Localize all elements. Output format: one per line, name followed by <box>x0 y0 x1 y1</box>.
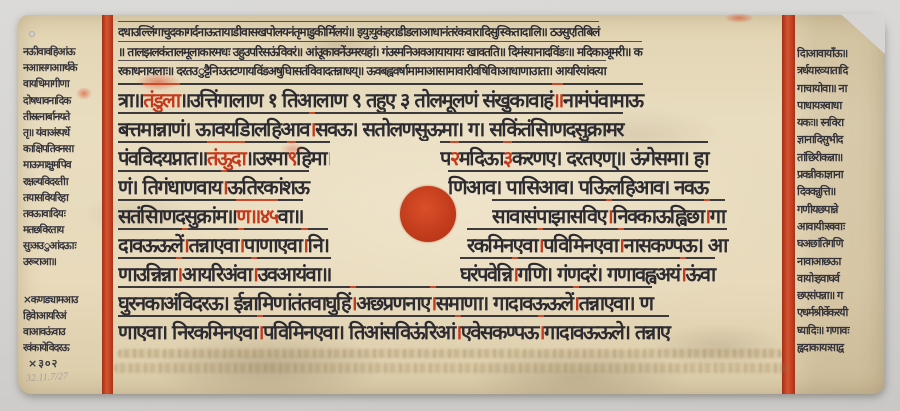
text-segment: ॥उत्तिंगालाण १ तिआलाण ९ तहुए ३ तोलमूलणं … <box>180 83 553 112</box>
text-segment: रकाधनायलाः॥ दरतउुट्टैनिःउतटणायविंडअषुघिा… <box>118 60 606 80</box>
text-segment: तन्नाएवा। ण <box>579 286 653 315</box>
text-segment: रक्षल्यविदरतीा <box>23 175 68 188</box>
margin-gloss-line: वायोःहवाघर्व <box>797 271 882 288</box>
text-segment: सावासंपाझासविए <box>492 199 606 228</box>
text-segment: उवआयंवा॥ <box>257 257 330 286</box>
manuscript-leaf: नऊीवावहिआंऊनआासगआार्थकेवायधिमागीणादोषधाव… <box>18 15 884 394</box>
text-segment: एधर्मश्रीर्वेकरयी <box>797 305 847 319</box>
small-script-line: रकाधनायलाः॥ दरतउुट्टैनिःउतटणायविंडअषुघिा… <box>118 60 782 80</box>
text-segment: गा <box>710 199 725 228</box>
text-segment: छएसंपन्ना॥ ग <box>797 288 842 302</box>
text-segment: ॥ तालझलकंतालमूलाकारमधः उहुउपरिसऊंविवरं॥ … <box>118 41 642 61</box>
text-segment: हिमा। <box>296 141 330 170</box>
text-segment: तवऊावादियः <box>23 207 65 220</box>
margin-gloss-line: नावाआछऊा <box>797 254 882 271</box>
margin-gloss-line: गणीयछपान्ने <box>797 202 882 219</box>
text-segment: दधाउल्लिंगाचुदकागर्दनाऊतायाडीवासखपोलयनंत… <box>118 21 599 41</box>
text-segment: वायधिमागीणा <box>23 77 69 90</box>
text-segment: नऊीवावहिआंऊ <box>23 45 74 58</box>
text-segment: माऊमाक्षुमपिव <box>23 158 71 171</box>
margin-gloss-line: ज्ञानादिसुभीद <box>797 132 882 149</box>
text-segment: ऊतिरकांशऊ <box>227 170 308 199</box>
text-segment: पविमिनएवा <box>543 228 617 257</box>
rubricated-text: ३ <box>503 141 512 170</box>
rubricated-text: तंऊुदा <box>207 141 245 170</box>
red-medallion <box>400 186 456 242</box>
text-segment: आवायीःस्ववाः <box>797 219 844 233</box>
text-segment: सुःअउुआंदऊाः <box>23 239 76 252</box>
text-segment: गादावऊऊले। तन्नाए <box>544 315 669 344</box>
text-segment: गणीयछपान्ने <box>797 202 837 216</box>
text-segment: रकमिनएवा <box>467 228 537 257</box>
margin-gloss-line: पाधायःस्वाधा <box>797 98 882 115</box>
text-segment: त्रा॥ <box>118 83 143 112</box>
text-segment: णाउन्निन्ना <box>118 257 176 286</box>
text-segment: घरंपवेन्नि <box>460 257 512 286</box>
right-margin-column: दिाआवायाँऊ॥त्रर्धयारव्यातादिगाचायोवा॥ ना… <box>797 46 882 357</box>
text-gap-around-medallion <box>330 141 440 170</box>
main-text-block: दधाउल्लिंगाचुदकागर्दनाऊतायाडीवासखपोलयनंत… <box>118 21 782 344</box>
margin-gloss-line: त्रर्धयारव्यातादि <box>797 63 882 80</box>
rubricated-text: तंडुला <box>143 83 179 112</box>
margin-gloss-line: नऊीवावहिआंऊ <box>23 45 105 61</box>
text-segment: तृ॥ यंवाअंस्पर्धे <box>23 126 69 139</box>
text-segment: तांछिरीकन्ना॥ <box>797 150 842 164</box>
text-segment: उरूराआ॥ <box>23 255 56 268</box>
margin-gloss-line: तीस्रत्नार्बानयते <box>23 110 105 126</box>
manuscript-line: पंवविदयप्नात॥तंऊुदा॥उस्मा९हिमा।प२मदिऊा३क… <box>118 141 782 170</box>
margin-gloss-line: दिववन्नुत्ति॥ <box>797 184 882 201</box>
text-segment: तयासवियरिहा <box>23 191 68 204</box>
text-segment: यकः॥ स्नविरा <box>797 115 843 129</box>
text-segment: दिाआवायाँऊ॥ <box>797 46 847 60</box>
text-segment: पंवविदयप्नात॥ <box>118 141 207 170</box>
text-segment: मदिऊा <box>459 141 503 170</box>
margin-gloss-line: हिवेाआयरिअं <box>23 309 105 325</box>
text-segment: समाणा। गादावऊऊलें <box>436 286 573 315</box>
margin-gloss-line: मतछविरताय <box>23 223 105 239</box>
margin-gloss-line: रवंकायेविदरऊ <box>23 341 105 357</box>
manuscript-line: त्रा॥तंडुला॥उत्तिंगालाण १ तिआलाण ९ तहुए … <box>118 83 782 112</box>
margin-gloss-line: तृ॥ यंवाअंस्पर्धे <box>23 126 105 142</box>
text-segment: दिववन्नुत्ति॥ <box>797 184 835 198</box>
text-segment: णाएवा। निरकमिनएवा <box>118 315 257 344</box>
margin-gloss-line: तांछिरीकन्ना॥ <box>797 150 882 167</box>
text-segment: सवऊ। सतोलणसुऊमा। ग। सकिंतंसिाणदसुक्रामर <box>315 112 623 141</box>
manuscript-line: णाएवा। निरकमिनएवा।पविमिनएवा। तिआंसविऊंरि… <box>118 315 782 344</box>
margin-gloss-line: तवऊावादियः <box>23 207 105 223</box>
rubricated-text: २ <box>450 141 459 170</box>
text-segment: बत्तमान्नाणं। ऊावयडिालहिआव <box>118 112 309 141</box>
text-segment: नआासगआार्थके <box>23 61 77 74</box>
text-segment: काक्षिपतिवनसा <box>23 142 73 155</box>
text-segment: ×कणड्यामआउ <box>23 293 77 306</box>
text-segment: ऊंवा <box>686 257 715 286</box>
text-segment: नि। <box>308 228 329 257</box>
text-segment: नासकण्पऊ। आ <box>624 228 727 257</box>
margin-gloss-line: ह्वदाकायःसाद्व <box>797 340 882 357</box>
text-segment: निक्काऊह्विछा <box>612 199 703 228</box>
small-script-line: ॥ तालझलकंतालमूलाकारमधः उहुउपरिसऊंविवरं॥ … <box>118 41 782 61</box>
text-segment: वायोःहवाघर्व <box>797 271 839 285</box>
text-segment: एवेसकण्पऊ <box>461 315 538 344</box>
margin-gloss-line: नआासगआार्थके <box>23 61 105 77</box>
pencil-accession-note: 32.11.7/27 <box>26 371 69 384</box>
margin-gloss-line: घअछांतिगणि <box>797 236 882 253</box>
text-segment: पविमिनएवा। तिआंसविऊंरिआं <box>263 315 455 344</box>
text-segment: पाणाएवा <box>244 228 302 257</box>
right-red-band <box>782 15 795 394</box>
margin-gloss-line: वायधिमागीणा <box>23 77 105 93</box>
text-gap-around-medallion <box>400 257 460 286</box>
manuscript-line: णं। तिगंधाणवाय।ऊतिरकांशऊणिआव। पासिआव। पऊ… <box>118 170 782 199</box>
margin-gloss-line: घ्यादिः॥ गणावः <box>797 323 882 340</box>
margin-gloss-line: माऊमाक्षुमपिव <box>23 158 105 174</box>
margin-gloss-line: वाआवऊंवाउ <box>23 325 105 341</box>
text-segment: करणए। दरतएण्॥ ऊंगेसमा। हा <box>512 141 708 170</box>
text-segment: प्रवन्नीकाज्ञाना <box>797 167 843 181</box>
show-through-text <box>114 363 790 373</box>
text-segment: रवंकायेविदरऊ <box>23 341 69 354</box>
margin-gloss-line: ×कणड्यामआउ <box>23 293 105 309</box>
margin-gloss-line: दिाआवायाँऊ॥ <box>797 46 882 63</box>
rubricated-text: ॥ <box>552 83 562 112</box>
manuscript-line: बत्तमान्नाणं। ऊावयडिालहिआव।सवऊ। सतोलणसुऊ… <box>118 112 782 141</box>
text-segment: प <box>440 141 450 170</box>
text-segment: घ्यादिः॥ गणावः <box>797 323 849 337</box>
text-segment: ह्वदाकायःसाद्व <box>797 340 843 354</box>
margin-gloss-line: आवायीःस्ववाः <box>797 219 882 236</box>
rubricated-text: ९ <box>287 141 296 170</box>
show-through-text <box>118 349 782 358</box>
folio-number: ×३०२ <box>28 356 58 371</box>
margin-gloss-line: गाचायोवा॥ ना <box>797 81 882 98</box>
text-segment: गाचायोवा॥ ना <box>797 81 846 95</box>
left-margin-column: नऊीवावहिआंऊनआासगआार्थकेवायधिमागीणादोषधाव… <box>23 45 105 357</box>
text-segment: मतछविरताय <box>23 223 63 236</box>
margin-gloss-line: तयासवियरिहा <box>23 191 105 207</box>
text-segment: तीस्रत्नार्बानयते <box>23 110 69 123</box>
small-script-line: दधाउल्लिंगाचुदकागर्दनाऊतायाडीवासखपोलयनंत… <box>118 21 782 41</box>
margin-gloss-line: प्रवन्नीकाज्ञाना <box>797 167 882 184</box>
margin-gloss-line: रक्षल्यविदरतीा <box>23 175 105 191</box>
text-segment: तन्नाएवा <box>188 228 237 257</box>
margin-gloss-line: सुःअउुआंदऊाः <box>23 239 105 255</box>
text-segment: गणि। गंणदरं। गणावह्वअयं <box>518 257 680 286</box>
manuscript-line: णाउन्निन्ना।आयरिअंवा।उवआयंवा॥घरंपवेन्नि।… <box>118 257 782 286</box>
manuscript-line: घुरनकाअंविदरऊ। ईन्नामिणांतंतवाघुहिं।अछप्… <box>118 286 782 315</box>
margin-gloss-line: यकः॥ स्नविरा <box>797 115 882 132</box>
text-segment: घअछांतिगणि <box>797 236 843 250</box>
margin-gloss-line: दोषधावनादिक <box>23 94 105 110</box>
text-segment: दावऊऊलें <box>118 228 182 257</box>
text-segment: पाधायःस्वाधा <box>797 98 841 112</box>
text-segment: नामंपंवामाऊ <box>563 83 643 112</box>
text-segment: णं। तिगंधाणवाय <box>118 170 221 199</box>
text-segment: घुरनकाअंविदरऊ। ईन्नामिणांतंतवाघुहिं <box>118 286 350 315</box>
text-segment: ज्ञानादिसुभीद <box>797 132 842 146</box>
rubricated-text: ण॥४५ <box>236 199 277 228</box>
text-segment: नावाआछऊा <box>797 254 840 268</box>
margin-gloss-line: उरूराआ॥ <box>23 255 105 271</box>
text-segment: सतंसिाणदसुक्रांम॥ <box>118 199 236 228</box>
text-segment: त्रर्धयारव्यातादि <box>797 63 847 77</box>
margin-gloss-line: एधर्मश्रीर्वेकरयी <box>797 305 882 322</box>
text-segment: ॥उस्मा <box>245 141 287 170</box>
margin-gloss-line: छएसंपन्ना॥ ग <box>797 288 882 305</box>
text-segment: आयरिअंवा <box>182 257 251 286</box>
text-segment: णिआव। पासिआव। पऊिलहिआव। नवऊ <box>448 170 708 199</box>
text-segment: अछप्रणनाए <box>356 286 429 315</box>
text-segment: दोषधावनादिक <box>23 94 70 107</box>
manuscript-line: दावऊऊलें।तन्नाएवा।पाणाएवा।नि।रकमिनएवा।पव… <box>118 228 782 257</box>
text-segment: वा॥ <box>278 199 303 228</box>
margin-gloss-line: काक्षिपतिवनसा <box>23 142 105 158</box>
text-segment: वाआवऊंवाउ <box>23 325 65 338</box>
text-segment: हिवेाआयरिअं <box>23 309 66 322</box>
punch-hole <box>29 31 35 37</box>
